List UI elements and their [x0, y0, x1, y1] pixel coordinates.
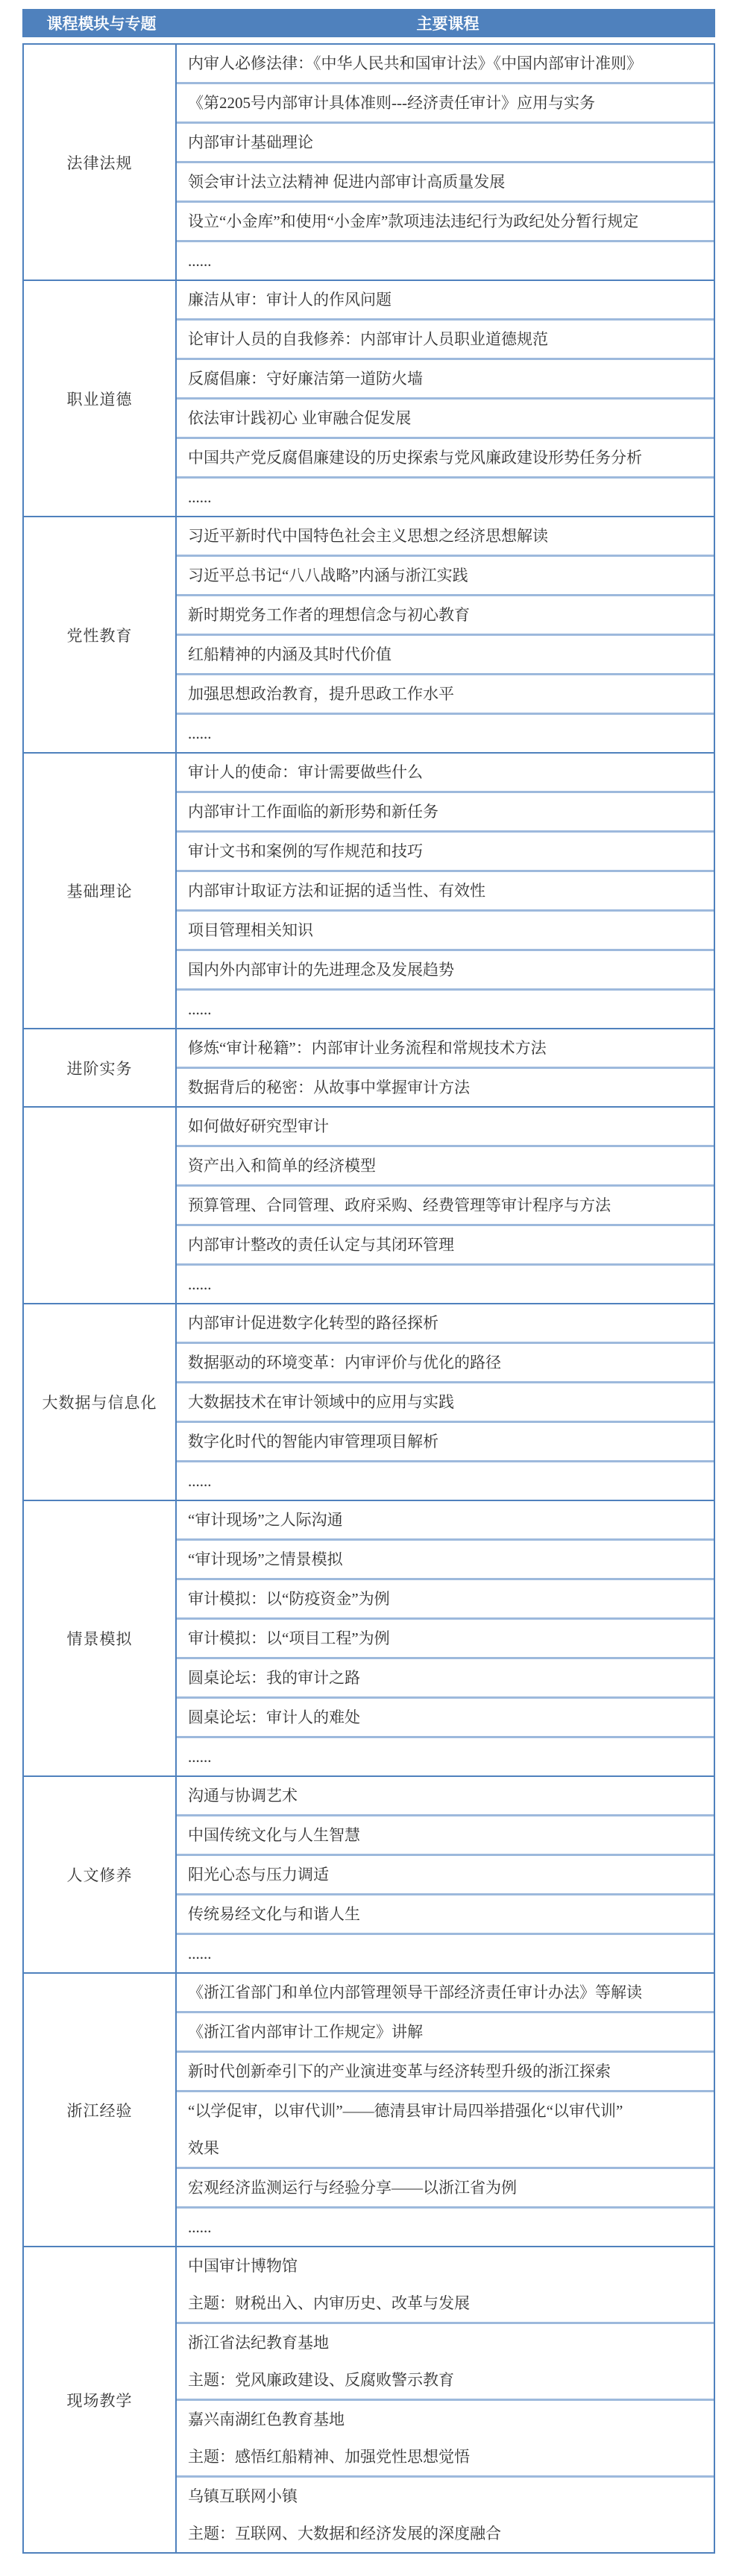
course-row: 内部审计整改的责任认定与其闭环管理	[177, 1224, 714, 1263]
module-group: 浙江经验《浙江省部门和单位内部管理领导干部经济责任审计办法》等解读《浙江省内部审…	[24, 1972, 714, 2246]
course-row: 新时代创新牵引下的产业演进变革与经济转型升级的浙江探索	[177, 2051, 714, 2090]
course-row: ......	[177, 1460, 714, 1500]
course-row: 新时期党务工作者的理想信念与初心教育	[177, 594, 714, 634]
course-list: “审计现场”之人际沟通“审计现场”之情景模拟审计模拟：以“防疫资金”为例审计模拟…	[177, 1501, 714, 1775]
course-row: 国内外内部审计的先进理念及发展趋势	[177, 949, 714, 988]
course-list: 内审人必修法律：《中华人民共和国审计法》《中国内部审计准则》《第2205号内部审…	[177, 45, 714, 280]
course-row: 沟通与协调艺术	[177, 1777, 714, 1814]
course-list: 审计人的使命：审计需要做些什么内部审计工作面临的新形势和新任务审计文书和案例的写…	[177, 754, 714, 1028]
course-row: 习近平总书记“八八战略”内涵与浙江实践	[177, 555, 714, 594]
course-list: 《浙江省部门和单位内部管理领导干部经济责任审计办法》等解读《浙江省内部审计工作规…	[177, 1974, 714, 2246]
course-row: 中国共产党反腐倡廉建设的历史探索与党风廉政建设形势任务分析	[177, 437, 714, 476]
module-group: 职业道德廉洁从审：审计人的作风问题论审计人员的自我修养：内部审计人员职业道德规范…	[24, 280, 714, 516]
course-row: 《浙江省内部审计工作规定》讲解	[177, 2011, 714, 2051]
course-row: 浙江省法纪教育基地 主题：党风廉政建设、反腐败警示教育	[177, 2322, 714, 2399]
course-row: 审计模拟：以“项目工程”为例	[177, 1617, 714, 1657]
module-label	[24, 1108, 177, 1303]
module-group: 党性教育习近平新时代中国特色社会主义思想之经济思想解读习近平总书记“八八战略”内…	[24, 516, 714, 752]
course-row: 内部审计取证方法和证据的适当性、有效性	[177, 870, 714, 909]
course-row: 《浙江省部门和单位内部管理领导干部经济责任审计办法》等解读	[177, 1974, 714, 2011]
course-row: ......	[177, 988, 714, 1028]
course-row: 修炼“审计秘籍”：内部审计业务流程和常规技术方法	[177, 1029, 714, 1067]
course-row: 乌镇互联网小镇 主题：互联网、大数据和经济发展的深度融合	[177, 2475, 714, 2552]
course-row: 嘉兴南湖红色教育基地 主题：感悟红船精神、加强党性思想觉悟	[177, 2399, 714, 2475]
course-row: 内部审计工作面临的新形势和新任务	[177, 791, 714, 830]
course-row: 中国传统文化与人生智慧	[177, 1814, 714, 1854]
course-table: 课程模块与专题 主要课程 法律法规内审人必修法律：《中华人民共和国审计法》《中国…	[22, 9, 715, 2554]
course-row: 廉洁从审：审计人的作风问题	[177, 281, 714, 318]
module-group: 大数据与信息化内部审计促进数字化转型的路径探析数据驱动的环境变革：内审评价与优化…	[24, 1303, 714, 1500]
course-row: ......	[177, 1933, 714, 1972]
course-row: ......	[177, 1263, 714, 1303]
module-group: 基础理论审计人的使命：审计需要做些什么内部审计工作面临的新形势和新任务审计文书和…	[24, 752, 714, 1028]
course-row: ......	[177, 713, 714, 752]
module-label: 进阶实务	[24, 1029, 177, 1106]
course-row: 内审人必修法律：《中华人民共和国审计法》《中国内部审计准则》	[177, 45, 714, 82]
course-row: 审计人的使命：审计需要做些什么	[177, 754, 714, 791]
course-row: 《第2205号内部审计具体准则---经济责任审计》应用与实务	[177, 82, 714, 121]
course-row: ......	[177, 1736, 714, 1775]
table-header: 课程模块与专题 主要课程	[22, 9, 715, 37]
module-label: 党性教育	[24, 517, 177, 752]
module-label: 职业道德	[24, 281, 177, 516]
course-row: 圆桌论坛：我的审计之路	[177, 1657, 714, 1696]
course-list: 中国审计博物馆 主题：财税出入、内审历史、改革与发展浙江省法纪教育基地 主题：党…	[177, 2247, 714, 2552]
course-row: 审计文书和案例的写作规范和技巧	[177, 830, 714, 870]
module-group: 情景模拟“审计现场”之人际沟通“审计现场”之情景模拟审计模拟：以“防疫资金”为例…	[24, 1500, 714, 1775]
course-row: 依法审计践初心 业审融合促发展	[177, 397, 714, 437]
course-row: ......	[177, 476, 714, 516]
course-row: 宏观经济监测运行与经验分享——以浙江省为例	[177, 2167, 714, 2206]
module-group: 进阶实务修炼“审计秘籍”：内部审计业务流程和常规技术方法数据背后的秘密：从故事中…	[24, 1028, 714, 1106]
course-row: 数字化时代的智能内审管理项目解析	[177, 1421, 714, 1460]
module-label: 基础理论	[24, 754, 177, 1028]
module-label: 法律法规	[24, 45, 177, 280]
module-group: 法律法规内审人必修法律：《中华人民共和国审计法》《中国内部审计准则》《第2205…	[24, 45, 714, 280]
course-list: 修炼“审计秘籍”：内部审计业务流程和常规技术方法数据背后的秘密：从故事中掌握审计…	[177, 1029, 714, 1106]
course-row: 审计模拟：以“防疫资金”为例	[177, 1578, 714, 1617]
course-list: 习近平新时代中国特色社会主义思想之经济思想解读习近平总书记“八八战略”内涵与浙江…	[177, 517, 714, 752]
module-group: 如何做好研究型审计资产出入和简单的经济模型预算管理、合同管理、政府采购、经费管理…	[24, 1106, 714, 1303]
course-row: 项目管理相关知识	[177, 909, 714, 949]
course-row: ......	[177, 2206, 714, 2246]
course-row: 如何做好研究型审计	[177, 1108, 714, 1145]
header-gap	[22, 37, 715, 43]
course-list: 廉洁从审：审计人的作风问题论审计人员的自我修养：内部审计人员职业道德规范反腐倡廉…	[177, 281, 714, 516]
course-row: 习近平新时代中国特色社会主义思想之经济思想解读	[177, 517, 714, 555]
module-group: 现场教学中国审计博物馆 主题：财税出入、内审历史、改革与发展浙江省法纪教育基地 …	[24, 2246, 714, 2552]
module-label: 人文修养	[24, 1777, 177, 1972]
course-row: 阳光心态与压力调适	[177, 1854, 714, 1893]
module-group: 人文修养沟通与协调艺术中国传统文化与人生智慧阳光心态与压力调适传统易经文化与和谐…	[24, 1775, 714, 1972]
course-row: 中国审计博物馆 主题：财税出入、内审历史、改革与发展	[177, 2247, 714, 2322]
course-row: 内部审计基础理论	[177, 121, 714, 161]
course-row: 内部审计促进数字化转型的路径探析	[177, 1304, 714, 1342]
course-row: 数据背后的秘密：从故事中掌握审计方法	[177, 1067, 714, 1106]
course-row: 红船精神的内涵及其时代价值	[177, 634, 714, 673]
course-row: 加强思想政治教育，提升思政工作水平	[177, 673, 714, 713]
module-label: 现场教学	[24, 2247, 177, 2552]
course-row: 设立“小金库”和使用“小金库”款项违法违纪行为政纪处分暂行规定	[177, 201, 714, 240]
course-row: 领会审计法立法精神 促进内部审计高质量发展	[177, 161, 714, 201]
course-row: 大数据技术在审计领域中的应用与实践	[177, 1381, 714, 1421]
course-row: 反腐倡廉：守好廉洁第一道防火墙	[177, 358, 714, 397]
course-list: 内部审计促进数字化转型的路径探析数据驱动的环境变革：内审评价与优化的路径大数据技…	[177, 1304, 714, 1500]
course-list: 如何做好研究型审计资产出入和简单的经济模型预算管理、合同管理、政府采购、经费管理…	[177, 1108, 714, 1303]
module-label: 情景模拟	[24, 1501, 177, 1775]
course-row: “以学促审，以审代训”——德清县审计局四举措强化“以审代训” 效果	[177, 2090, 714, 2167]
course-row: 论审计人员的自我修养：内部审计人员职业道德规范	[177, 318, 714, 358]
header-course-column: 主要课程	[180, 12, 715, 34]
course-list: 沟通与协调艺术中国传统文化与人生智慧阳光心态与压力调适传统易经文化与和谐人生..…	[177, 1777, 714, 1972]
course-row: 数据驱动的环境变革：内审评价与优化的路径	[177, 1342, 714, 1381]
module-label: 浙江经验	[24, 1974, 177, 2246]
course-row: “审计现场”之情景模拟	[177, 1538, 714, 1578]
course-row: 传统易经文化与和谐人生	[177, 1893, 714, 1933]
course-row: 预算管理、合同管理、政府采购、经费管理等审计程序与方法	[177, 1184, 714, 1224]
course-row: “审计现场”之人际沟通	[177, 1501, 714, 1538]
module-label: 大数据与信息化	[24, 1304, 177, 1500]
course-row: ......	[177, 240, 714, 280]
header-module-column: 课程模块与专题	[22, 12, 180, 34]
course-row: 资产出入和简单的经济模型	[177, 1145, 714, 1184]
course-table-body: 法律法规内审人必修法律：《中华人民共和国审计法》《中国内部审计准则》《第2205…	[22, 43, 715, 2554]
course-row: 圆桌论坛：审计人的难处	[177, 1696, 714, 1736]
